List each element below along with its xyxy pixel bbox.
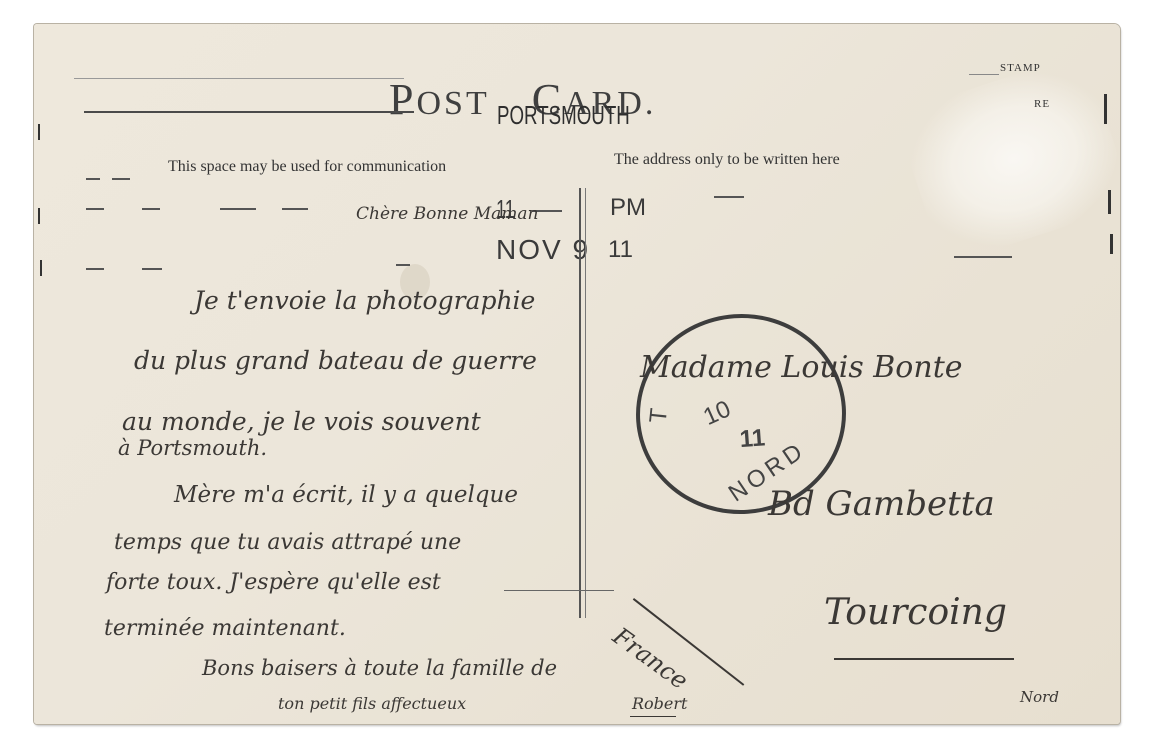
address-label: The address only to be written here xyxy=(614,151,840,169)
stamp-label: STAMP xyxy=(1000,62,1041,74)
signature-underline xyxy=(630,716,676,717)
address-country: France xyxy=(608,622,694,695)
postmark-date-line1: 10 xyxy=(699,395,735,431)
column-divider-inner xyxy=(585,188,586,618)
message-line: terminée maintenant. xyxy=(104,616,346,641)
message-signature: Robert xyxy=(632,694,687,713)
cancel-dash xyxy=(282,208,308,210)
address-name: Madame Louis Bonte xyxy=(640,350,963,385)
message-line: à Portsmouth. xyxy=(118,436,267,460)
cancel-date: NOV 9 xyxy=(496,234,590,266)
message-line: Mère m'a écrit, il y a quelque xyxy=(174,482,518,508)
message-line: du plus grand bateau de guerre xyxy=(134,346,537,375)
cancel-edge-mark xyxy=(40,260,42,276)
postmark-date-line2: 11 xyxy=(739,424,766,454)
city-underline xyxy=(834,658,1014,660)
cancel-dash xyxy=(86,208,104,210)
message-line: forte toux. J'espère qu'elle est xyxy=(106,570,441,595)
cancel-dash xyxy=(954,256,1012,258)
address-region: Nord xyxy=(1020,688,1059,706)
message-greeting: Chère Bonne Maman xyxy=(356,204,538,224)
cancel-edge-mark xyxy=(38,124,40,140)
cancel-dash xyxy=(714,196,744,198)
stamp-line xyxy=(969,74,999,75)
column-divider xyxy=(579,188,581,618)
cancel-line xyxy=(74,78,404,79)
cancel-edge-mark xyxy=(1108,190,1111,214)
cancel-edge-mark xyxy=(38,208,40,224)
address-city: Tourcoing xyxy=(824,592,1007,633)
communication-label: This space may be used for communication xyxy=(168,158,446,176)
cancel-edge-mark xyxy=(1110,234,1113,254)
message-line: Je t'envoie la photographie xyxy=(194,286,535,315)
postmark-town: T xyxy=(645,407,674,425)
postcard: POST CARD. PORTSMOUTH STAMP RE This spac… xyxy=(34,24,1120,724)
cancel-line xyxy=(84,111,414,113)
cancel-dash xyxy=(142,268,162,270)
cancel-dash xyxy=(142,208,160,210)
message-line: au monde, je le vois souvent xyxy=(122,407,481,436)
cancel-dash xyxy=(396,264,410,266)
cancel-edge-mark xyxy=(1104,94,1107,124)
cancel-dash xyxy=(86,268,104,270)
cancel-dash xyxy=(220,208,256,210)
message-line: temps que tu avais attrapé une xyxy=(114,530,461,555)
address-street: Bd Gambetta xyxy=(768,484,995,524)
message-line: ton petit fils affectueux xyxy=(278,694,466,713)
divider-foot-line xyxy=(504,590,614,591)
cancel-year: 11 xyxy=(608,236,633,264)
worn-paper-area xyxy=(894,52,1134,266)
message-line: Bons baisers à toute la famille de xyxy=(202,656,557,680)
cancel-dash xyxy=(86,178,100,180)
stamp-label-partial: RE xyxy=(1034,98,1050,110)
cancellation-town: PORTSMOUTH xyxy=(497,100,630,131)
cancel-dash xyxy=(112,178,130,180)
cancel-ampm: PM xyxy=(610,194,646,222)
